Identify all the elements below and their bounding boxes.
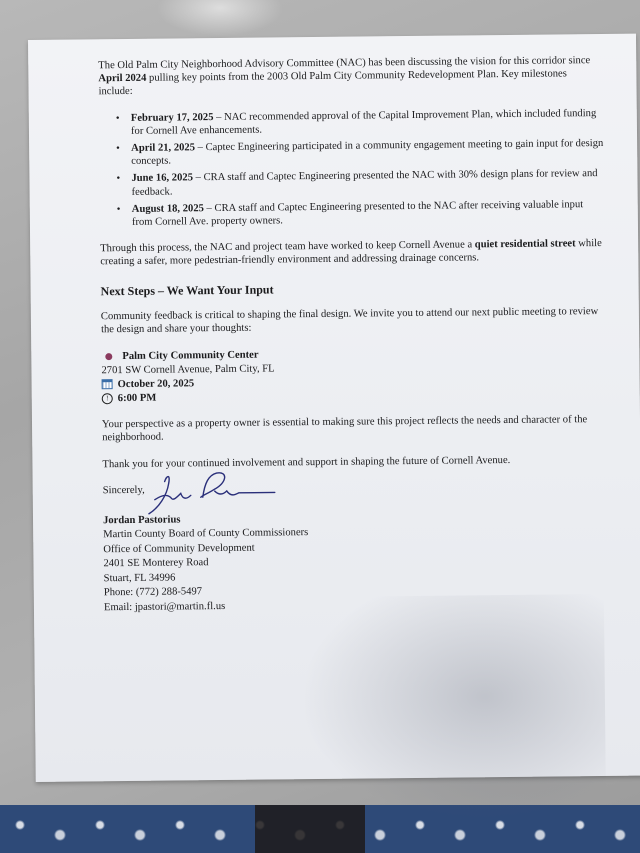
calendar-icon <box>102 379 113 389</box>
person-shadow <box>255 805 365 853</box>
milestone-item: •June 16, 2025 – CRA staff and Captec En… <box>117 167 604 199</box>
bullet-icon: • <box>116 172 120 185</box>
location-pin-icon <box>105 353 112 360</box>
clock-icon: ! <box>102 393 113 404</box>
milestone-item: •February 17, 2025 – NAC recommended app… <box>117 107 604 139</box>
signature-block: Jordan Pastorius Martin County Board of … <box>103 509 609 616</box>
intro-date-bold: April 2024 <box>98 73 146 85</box>
closing-text: Sincerely, <box>103 485 145 496</box>
event-details: Palm City Community Center 2701 SW Corne… <box>101 344 607 405</box>
letter-page: The Old Palm City Neighborhood Advisory … <box>28 34 640 782</box>
milestone-item: •April 21, 2025 – Captec Engineering par… <box>117 137 604 169</box>
invite-paragraph: Community feedback is critical to shapin… <box>101 305 606 337</box>
intro-paragraph: The Old Palm City Neighborhood Advisory … <box>98 54 603 99</box>
letter-body: The Old Palm City Neighborhood Advisory … <box>98 54 609 616</box>
bullet-icon: • <box>116 112 120 125</box>
closing-row: Sincerely, <box>103 479 608 514</box>
handwritten-signature <box>145 468 280 515</box>
next-steps-heading: Next Steps – We Want Your Input <box>101 280 606 298</box>
bullet-icon: • <box>117 203 121 216</box>
bullet-icon: • <box>116 142 120 155</box>
process-paragraph: Through this process, the NAC and projec… <box>100 237 605 269</box>
milestone-item: •August 18, 2025 – CRA staff and Captec … <box>118 198 605 230</box>
perspective-paragraph: Your perspective as a property owner is … <box>102 413 607 445</box>
milestone-list: •February 17, 2025 – NAC recommended app… <box>99 107 605 230</box>
